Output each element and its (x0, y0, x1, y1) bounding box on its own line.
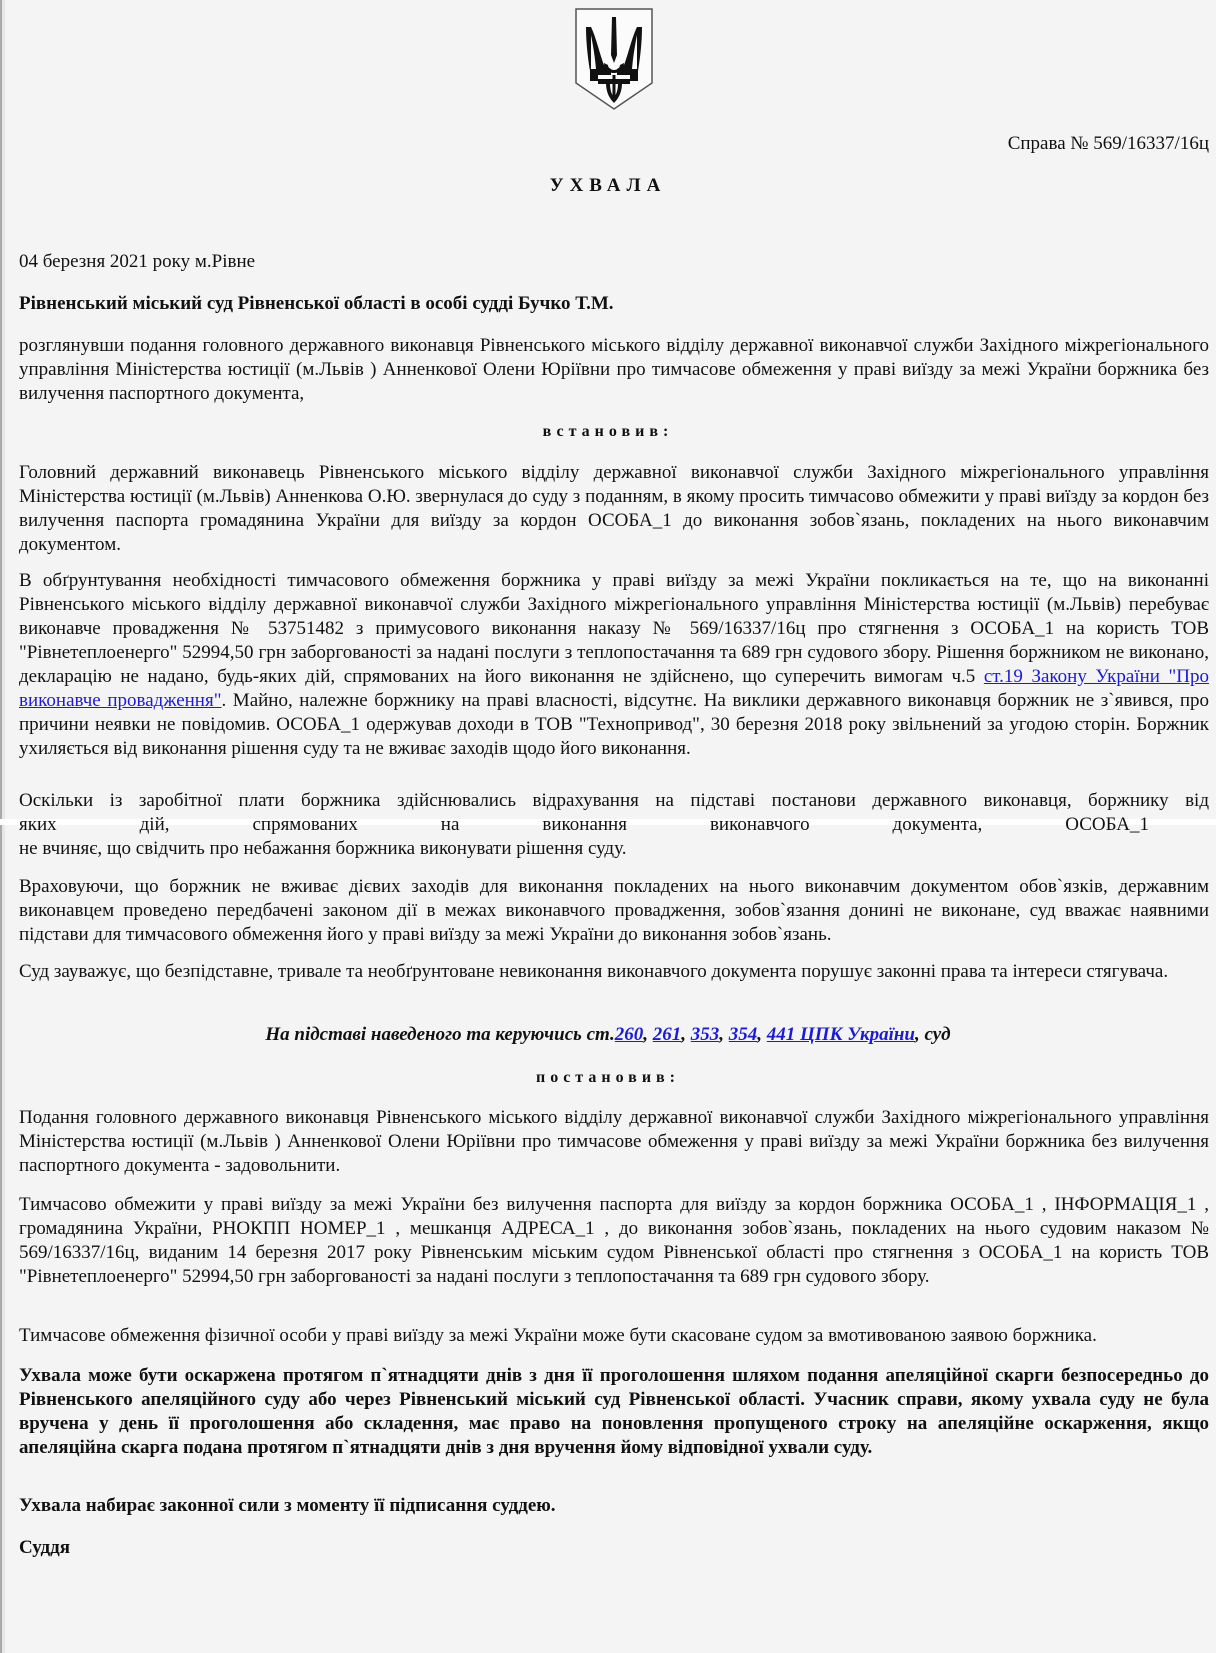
established-paragraph-5: Суд зауважує, що безпідставне, тривале т… (19, 960, 1209, 984)
document-title: УХВАЛА (0, 175, 1216, 197)
appeal-paragraph: Ухвала може бути оскаржена протягом п`ят… (19, 1364, 1209, 1460)
ruled-p3-text: Тимчасове обмеження фізичної особи у пра… (19, 1324, 1209, 1348)
separator: , (757, 1024, 767, 1045)
article-link-260[interactable]: 260 (615, 1024, 644, 1045)
case-number: Справа № 569/16337/16ц (1008, 133, 1209, 155)
separator: , (643, 1024, 653, 1045)
appeal-text: Ухвала може бути оскаржена протягом п`ят… (19, 1364, 1209, 1460)
established-p2-text: В обґрунтування необхідності тимчасового… (19, 569, 1209, 761)
date-place-text: 04 березня 2021 року м.Рівне (19, 250, 1209, 274)
article-link-261[interactable]: 261 (653, 1024, 682, 1045)
p3-line-3: не вчиняє, що свідчить про небажання бор… (19, 837, 1209, 861)
ruled-paragraph-2: Тимчасово обмежити у праві виїзду за меж… (19, 1193, 1209, 1289)
ruled-heading: постановив: (0, 1069, 1216, 1087)
considered-paragraph: розглянувши подання головного державного… (19, 334, 1209, 406)
p3-line-1: Оскільки із заробітної плати боржника зд… (19, 789, 1209, 813)
established-paragraph-3: Оскільки із заробітної плати боржника зд… (19, 789, 1209, 861)
separator: , (719, 1024, 729, 1045)
basis-prefix: На підставі наведеного та керуючись ст. (265, 1024, 614, 1045)
legal-basis: На підставі наведеного та керуючись ст.2… (0, 1024, 1216, 1046)
established-p4-text: Враховуючи, що боржник не вживає дієвих … (19, 875, 1209, 947)
effect-paragraph: Ухвала набирає законної сили з моменту ї… (19, 1494, 1209, 1518)
judge-signature-label: Суддя (19, 1536, 1209, 1560)
date-place: 04 березня 2021 року м.Рівне (19, 250, 1209, 274)
article-link-441-cpk[interactable]: 441 ЦПК України (767, 1024, 915, 1045)
established-paragraph-1: Головний державний виконавець Рівненсько… (19, 461, 1209, 557)
established-p5-text: Суд зауважує, що безпідставне, тривале т… (19, 960, 1209, 984)
established-paragraph-2: В обґрунтування необхідності тимчасового… (19, 569, 1209, 761)
article-link-353[interactable]: 353 (691, 1024, 720, 1045)
established-paragraph-4: Враховуючи, що боржник не вживає дієвих … (19, 875, 1209, 947)
established-heading: встановив: (0, 423, 1216, 441)
effect-text: Ухвала набирає законної сили з моменту ї… (19, 1494, 1209, 1518)
court-composition: Рівненський міський суд Рівненської обла… (19, 292, 1209, 316)
ruled-paragraph-3: Тимчасове обмеження фізичної особи у пра… (19, 1324, 1209, 1348)
basis-suffix: , суд (915, 1024, 951, 1045)
ruled-p2-text: Тимчасово обмежити у праві виїзду за меж… (19, 1193, 1209, 1289)
court-text: Рівненський міський суд Рівненської обла… (19, 292, 1209, 316)
p3-line-2: яких дій, спрямованих на виконання викон… (19, 813, 1209, 837)
separator: , (681, 1024, 691, 1045)
signature-block: Суддя (19, 1536, 1209, 1560)
ruled-paragraph-1: Подання головного державного виконавця Р… (19, 1106, 1209, 1178)
coat-of-arms-icon (574, 7, 654, 111)
article-link-354[interactable]: 354 (729, 1024, 758, 1045)
ruled-p1-text: Подання головного державного виконавця Р… (19, 1106, 1209, 1178)
considered-text: розглянувши подання головного державного… (19, 334, 1209, 406)
established-p1-text: Головний державний виконавець Рівненсько… (19, 461, 1209, 557)
